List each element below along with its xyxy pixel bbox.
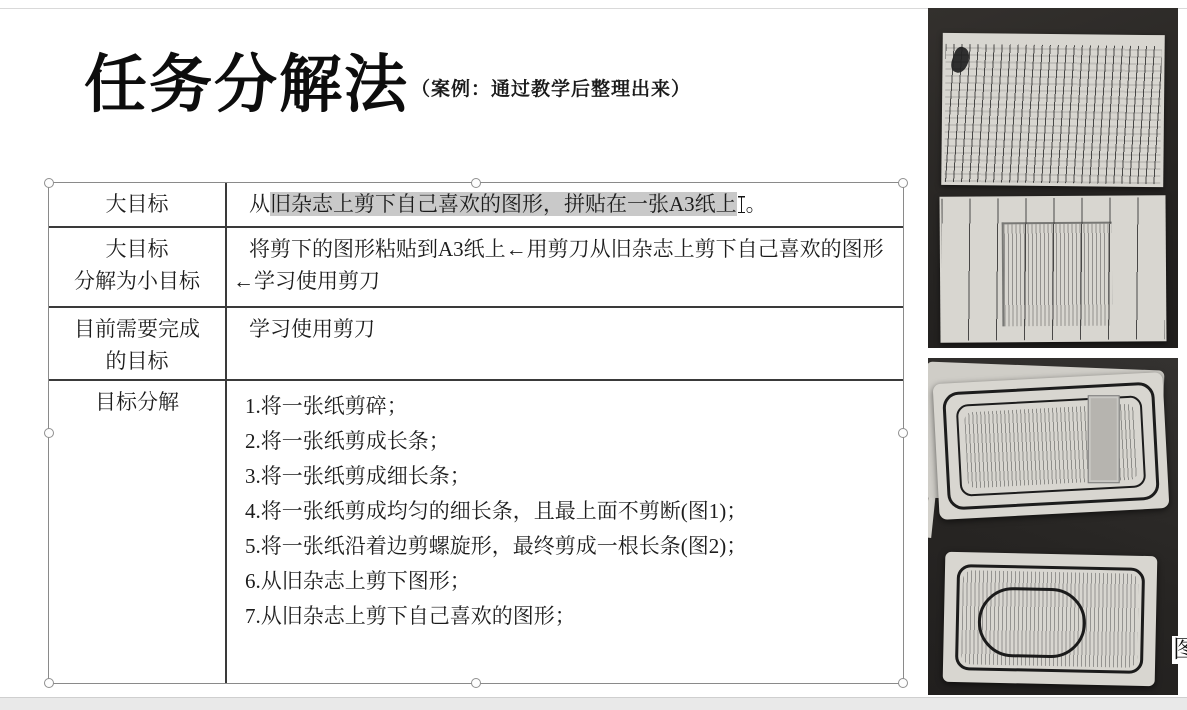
gray-label-sticker bbox=[1088, 395, 1120, 483]
highlighted-text: 旧杂志上剪下自己喜欢的图形，拼贴在一张A3纸上 bbox=[270, 192, 737, 216]
slide-canvas: 任务分解法（案例：通过教学后整理出来） 大目标 从旧杂志上剪下自己喜欢的图形，拼… bbox=[0, 0, 1187, 710]
selection-handle-bottom-left[interactable] bbox=[44, 678, 54, 688]
photo-panel-spiral-cut-paper[interactable] bbox=[928, 358, 1178, 695]
row-content-goal-breakdown[interactable]: 1.将一张纸剪碎； 2.将一张纸剪成长条； 3.将一张纸剪成细长条； 4.将一张… bbox=[227, 381, 903, 683]
task-decomposition-table[interactable]: 大目标 从旧杂志上剪下自己喜欢的图形，拼贴在一张A3纸上。 大目标 分解为小目标… bbox=[48, 182, 904, 684]
goal-breakdown-list: 1.将一张纸剪碎； 2.将一张纸剪成长条； 3.将一张纸剪成细长条； 4.将一张… bbox=[227, 381, 903, 634]
goal-item-7: 7.从旧杂志上剪下自己喜欢的图形； bbox=[245, 599, 895, 634]
table-grid: 大目标 从旧杂志上剪下自己喜欢的图形，拼贴在一张A3纸上。 大目标 分解为小目标… bbox=[49, 183, 903, 683]
row-label-text: 大目标 bbox=[49, 189, 225, 221]
text-cursor-ibeam bbox=[737, 195, 746, 214]
row-label-current-goal[interactable]: 目前需要完成 的目标 bbox=[49, 308, 227, 381]
app-bottom-bar bbox=[0, 697, 1187, 710]
goal-item-3: 3.将一张纸剪成细长条； bbox=[245, 459, 895, 494]
row-label-text-line1: 目前需要完成 bbox=[49, 314, 225, 346]
row-label-decompose-goal[interactable]: 大目标 分解为小目标 bbox=[49, 228, 227, 308]
photo-panel-strip-cut-paper[interactable] bbox=[928, 8, 1178, 348]
fringe-cut-lines bbox=[944, 44, 1161, 184]
row-label-text-line2: 分解为小目标 bbox=[49, 266, 225, 298]
row-label-goal-breakdown[interactable]: 目标分解 bbox=[49, 381, 227, 683]
goal-item-6: 6.从旧杂志上剪下图形； bbox=[245, 564, 895, 599]
photo-spiral-cut-paper-1 bbox=[933, 372, 1170, 520]
page-subtitle[interactable]: （案例：通过教学后整理出来） bbox=[411, 79, 691, 100]
title-block: 任务分解法（案例：通过教学后整理出来） bbox=[84, 48, 691, 124]
printed-text-block bbox=[1002, 222, 1113, 327]
decompose-goal-text: 将剪下的图形粘贴到A3纸上←用剪刀从旧杂志上剪下自己喜欢的图形←学习使用剪刀 bbox=[233, 234, 893, 297]
row-content-decompose-goal[interactable]: 将剪下的图形粘贴到A3纸上←用剪刀从旧杂志上剪下自己喜欢的图形←学习使用剪刀 bbox=[227, 228, 903, 308]
big-goal-text: 从旧杂志上剪下自己喜欢的图形，拼贴在一张A3纸上。 bbox=[233, 189, 893, 221]
goal-item-4: 4.将一张纸剪成均匀的细长条，且最上面不剪断(图1)； bbox=[245, 494, 895, 529]
clipped-figure-label: 图 bbox=[1172, 636, 1187, 664]
row-label-text: 目标分解 bbox=[49, 387, 225, 419]
page-title[interactable]: 任务分解法 bbox=[84, 50, 409, 120]
selection-handle-middle-left[interactable] bbox=[44, 428, 54, 438]
photo-wide-strip-paper bbox=[939, 195, 1166, 343]
goal-item-2: 2.将一张纸剪成长条； bbox=[245, 424, 895, 459]
row-content-current-goal[interactable]: 学习使用剪刀 bbox=[227, 308, 903, 381]
row-content-big-goal[interactable]: 从旧杂志上剪下自己喜欢的图形，拼贴在一张A3纸上。 bbox=[227, 183, 903, 228]
goal-item-1: 1.将一张纸剪碎； bbox=[245, 389, 895, 424]
content-prefix: 从 bbox=[249, 192, 270, 216]
selection-handle-bottom-right[interactable] bbox=[898, 678, 908, 688]
photo-fringe-cut-paper bbox=[941, 33, 1165, 187]
content-suffix: 。 bbox=[746, 192, 767, 216]
current-goal-text: 学习使用剪刀 bbox=[233, 314, 893, 346]
selection-handle-top-middle[interactable] bbox=[471, 178, 481, 188]
selection-handle-top-right[interactable] bbox=[898, 178, 908, 188]
row-label-text-line2: 的目标 bbox=[49, 346, 225, 378]
row-label-text-line1: 大目标 bbox=[49, 234, 225, 266]
row-label-big-goal[interactable]: 大目标 bbox=[49, 183, 227, 228]
spiral-cut-core bbox=[977, 586, 1086, 658]
selection-handle-top-left[interactable] bbox=[44, 178, 54, 188]
goal-item-5: 5.将一张纸沿着边剪螺旋形，最终剪成一根长条(图2)； bbox=[245, 529, 895, 564]
photo-spiral-cut-paper-2 bbox=[943, 552, 1158, 686]
selection-handle-bottom-middle[interactable] bbox=[471, 678, 481, 688]
selection-handle-middle-right[interactable] bbox=[898, 428, 908, 438]
